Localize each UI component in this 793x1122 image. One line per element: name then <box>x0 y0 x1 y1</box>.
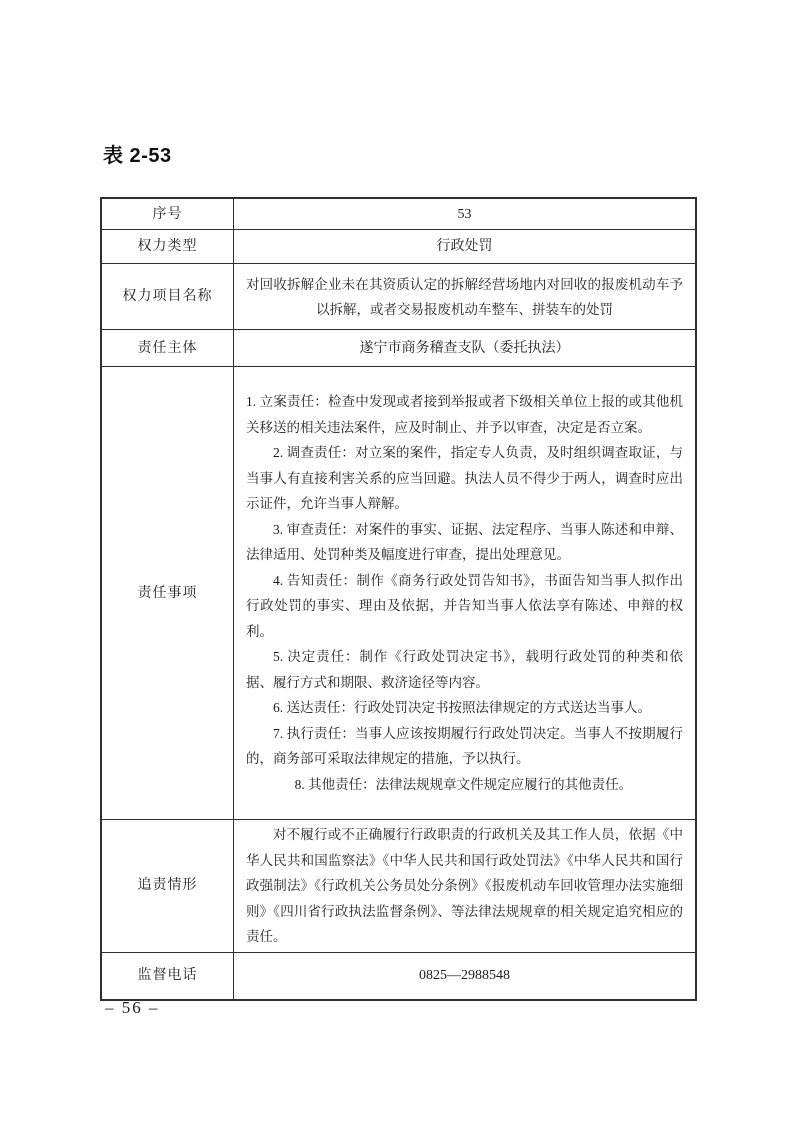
duty-item: 3. 审查责任：对案件的事实、证据、法定程序、当事人陈述和申辩、法律适用、处罚种… <box>246 517 683 568</box>
duty-item: 1. 立案责任：检查中发现或者接到举报或者下级相关单位上报的或其他机关移送的相关… <box>246 389 683 440</box>
supervision-phone-label: 监督电话 <box>101 952 234 1000</box>
responsible-entity-label: 责任主体 <box>101 330 234 367</box>
table-row-accountability: 追责情形 对不履行或不正确履行行政职责的行政机关及其工作人员，依据《中华人民共和… <box>101 820 696 953</box>
duty-item: 2. 调查责任：对立案的案件，指定专人负责，及时组织调查取证，与当事人有直接利害… <box>246 440 683 517</box>
table-caption: 表 2-53 <box>103 139 172 168</box>
accountability-label: 追责情形 <box>101 820 234 953</box>
serial-value: 53 <box>234 198 697 230</box>
power-duty-table: 序号 53 权力类型 行政处罚 权力项目名称 对回收拆解企业未在其资质认定的拆解… <box>100 197 697 1001</box>
supervision-phone-value: 0825—2988548 <box>234 952 697 1000</box>
power-item-name-value: 对回收拆解企业未在其资质认定的拆解经营场地内对回收的报废机动车予以拆解，或者交易… <box>234 264 697 330</box>
duty-items-value: 1. 立案责任：检查中发现或者接到举报或者下级相关单位上报的或其他机关移送的相关… <box>234 367 697 820</box>
table-row-power-type: 权力类型 行政处罚 <box>101 230 696 264</box>
duty-item: 4. 告知责任：制作《商务行政处罚告知书》，书面告知当事人拟作出行政处罚的事实、… <box>246 568 683 645</box>
table-row-supervision-phone: 监督电话 0825—2988548 <box>101 952 696 1000</box>
table-row-responsible-entity: 责任主体 遂宁市商务稽查支队（委托执法） <box>101 330 696 367</box>
accountability-value: 对不履行或不正确履行行政职责的行政机关及其工作人员，依据《中华人民共和国监察法》… <box>234 820 697 953</box>
table-row-duty-items: 责任事项 1. 立案责任：检查中发现或者接到举报或者下级相关单位上报的或其他机关… <box>101 367 696 820</box>
responsible-entity-value: 遂宁市商务稽查支队（委托执法） <box>234 330 697 367</box>
accountability-text: 对不履行或不正确履行行政职责的行政机关及其工作人员，依据《中华人民共和国监察法》… <box>246 822 683 950</box>
power-item-name-label: 权力项目名称 <box>101 264 234 330</box>
duty-item: 7. 执行责任：当事人应该按期履行行政处罚决定。当事人不按期履行的，商务部可采取… <box>246 721 683 772</box>
power-type-label: 权力类型 <box>101 230 234 264</box>
duty-item: 6. 送达责任：行政处罚决定书按照法律规定的方式送达当事人。 <box>246 695 683 721</box>
page-number: – 56 – <box>105 998 160 1018</box>
serial-label: 序号 <box>101 198 234 230</box>
duty-item: 8. 其他责任：法律法规规章文件规定应履行的其他责任。 <box>246 772 683 798</box>
duty-item: 5. 决定责任：制作《行政处罚决定书》，载明行政处罚的种类和依据、履行方式和期限… <box>246 644 683 695</box>
power-type-value: 行政处罚 <box>234 230 697 264</box>
table-row-item-name: 权力项目名称 对回收拆解企业未在其资质认定的拆解经营场地内对回收的报废机动车予以… <box>101 264 696 330</box>
duty-items-label: 责任事项 <box>101 367 234 820</box>
document-page: 表 2-53 序号 53 权力类型 行政处罚 权力项目名称 对回收拆解企业未在其… <box>0 0 793 1122</box>
table-row-serial: 序号 53 <box>101 198 696 230</box>
